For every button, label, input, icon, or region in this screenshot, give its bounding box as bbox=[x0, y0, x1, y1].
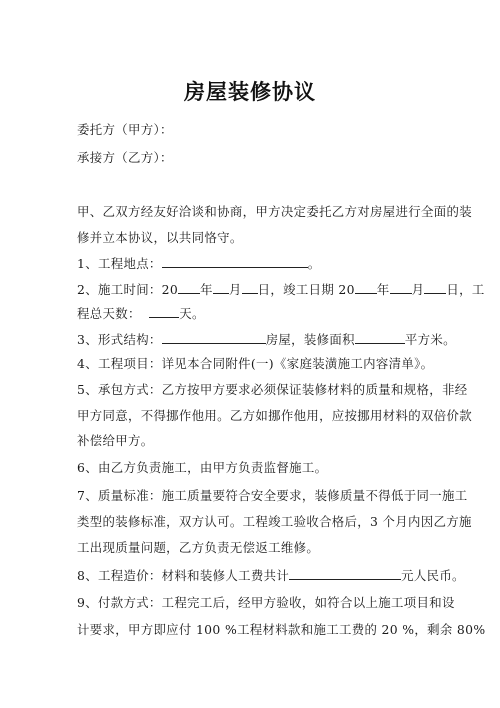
clause-8: 8、工程造价：材料和装修人工费共计元人民币。 bbox=[77, 567, 442, 584]
clause-2-line-2: 程总天数： 天。 bbox=[77, 305, 442, 322]
start-month-blank[interactable] bbox=[213, 281, 229, 294]
clause-3: 3、形式结构：房屋，装修面积平方米。 bbox=[77, 331, 442, 348]
clause-1: 1、工程地点：。 bbox=[77, 255, 442, 272]
cost-label: 8、工程造价：材料和装修人工费共计 bbox=[77, 568, 289, 583]
year-label: 年 bbox=[377, 282, 390, 297]
area-blank[interactable] bbox=[355, 331, 405, 344]
year-label: 年 bbox=[200, 282, 213, 297]
end-month-blank[interactable] bbox=[390, 281, 412, 294]
intro-line-1: 甲、乙双方经友好洽谈和协商，甲方决定委托乙方对房屋进行全面的装 bbox=[77, 204, 442, 220]
intro-line-2: 修并立本协议，以共同恪守。 bbox=[77, 230, 442, 246]
day-label: 日，工 bbox=[446, 282, 484, 297]
end-year-blank[interactable] bbox=[355, 281, 377, 294]
end-date-label: 日，竣工日期 20 bbox=[258, 282, 355, 297]
start-date-label: 2、施工时间：20 bbox=[77, 282, 178, 297]
project-location-blank[interactable] bbox=[162, 255, 308, 268]
month-label: 月 bbox=[229, 282, 242, 297]
clause-1-label: 1、工程地点： bbox=[77, 256, 162, 271]
end-day-blank[interactable] bbox=[424, 281, 446, 294]
clause-7-line-2: 类型的装修标准，双方认可。工程竣工验收合格后，3 个月内因乙方施 bbox=[77, 514, 442, 530]
structure-blank[interactable] bbox=[162, 331, 266, 344]
start-year-blank[interactable] bbox=[178, 281, 200, 294]
clause-7-line-3: 工出现质量问题，乙方负责无偿返工维修。 bbox=[77, 540, 442, 556]
clause-9-line-2: 计要求，甲方即应付 100 %工程材料款和施工工费的 20 %，剩余 80% bbox=[77, 622, 442, 638]
cost-amount-blank[interactable] bbox=[289, 567, 401, 580]
start-day-blank[interactable] bbox=[242, 281, 258, 294]
clause-9-line-1: 9、付款方式：工程完工后，经甲方验收，如符合以上施工项目和设 bbox=[77, 595, 442, 611]
clause-7-line-1: 7、质量标准：施工质量要符合安全要求，装修质量不得低于同一施工 bbox=[77, 488, 442, 504]
month-label: 月 bbox=[412, 282, 425, 297]
document-title: 房屋装修协议 bbox=[0, 76, 500, 106]
party-a-label: 委托方（甲方）： bbox=[77, 122, 442, 138]
clause-2-line-1: 2、施工时间：20年月日，竣工日期 20年月日，工 bbox=[77, 281, 442, 298]
area-label: 房屋，装修面积 bbox=[266, 332, 355, 347]
structure-label: 3、形式结构： bbox=[77, 332, 162, 347]
clause-4: 4、工程项目：详见本合同附件(一)《家庭装潢施工内容清单》。 bbox=[77, 356, 442, 372]
area-unit: 平方米。 bbox=[405, 332, 456, 347]
days-unit: 天。 bbox=[179, 306, 204, 321]
clause-5-line-3: 补偿给甲方。 bbox=[77, 433, 442, 449]
clause-6: 6、由乙方负责施工，由甲方负责监督施工。 bbox=[77, 460, 442, 476]
clause-1-period: 。 bbox=[308, 256, 321, 271]
cost-unit: 元人民币。 bbox=[401, 568, 465, 583]
total-days-blank[interactable] bbox=[149, 305, 179, 318]
total-days-label: 程总天数： bbox=[77, 306, 141, 321]
party-b-label: 承接方（乙方）： bbox=[77, 150, 442, 166]
clause-5-line-2: 甲方同意，不得挪作他用。乙方如挪作他用，应按挪用材料的双倍价款 bbox=[77, 408, 442, 424]
clause-5-line-1: 5、承包方式：乙方按甲方要求必须保证装修材料的质量和规格，非经 bbox=[77, 382, 442, 398]
